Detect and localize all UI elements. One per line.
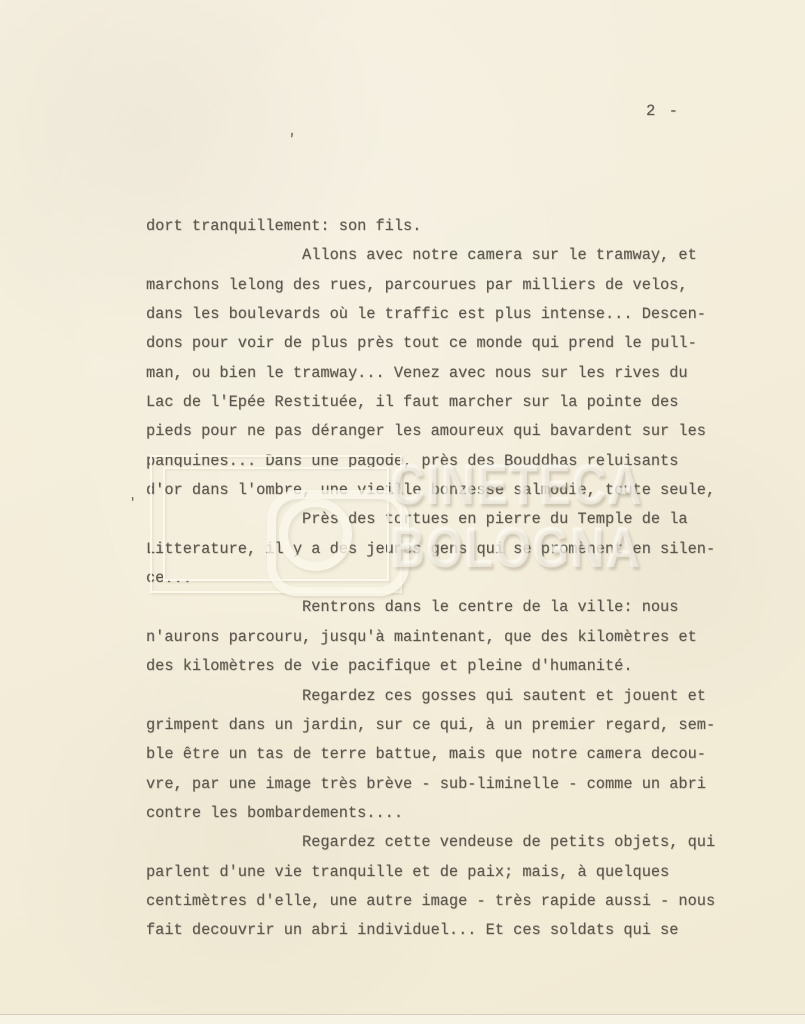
typed-line: contre les bombardements....: [146, 799, 746, 828]
typed-line: man, ou bien le tramway... Venez avec no…: [146, 359, 746, 388]
typed-line: fait decouvrir un abri individuel... Et …: [146, 916, 746, 945]
typed-line: n'aurons parcouru, jusqu'à maintenant, q…: [146, 623, 746, 652]
typed-line: Près des tortues en pierre du Temple de …: [146, 505, 746, 534]
page-number: 2 -: [646, 102, 680, 120]
stray-ink-mark: ': [129, 496, 136, 510]
typed-line: grimpent dans un jardin, sur ce qui, à u…: [146, 711, 746, 740]
scanned-document-page: 2 - ' ' dort tranquillement: son fils. A…: [0, 0, 805, 1024]
typed-line: Regardez ces gosses qui sautent et jouen…: [146, 682, 746, 711]
typed-line: ble être un tas de terre battue, mais qu…: [146, 740, 746, 769]
typed-line: dons pour voir de plus près tout ce mond…: [146, 329, 746, 358]
typed-line: parlent d'une vie tranquille et de paix;…: [146, 858, 746, 887]
typed-line: centimètres d'elle, une autre image - tr…: [146, 887, 746, 916]
typed-line: d'or dans l'ombre, une vieille bonzesse …: [146, 476, 746, 505]
typed-line: dort tranquillement: son fils.: [146, 212, 746, 241]
typewritten-text-block: dort tranquillement: son fils. Allons av…: [146, 212, 746, 946]
typed-line: ce...: [146, 564, 746, 593]
typed-line: vre, par une image très brève - sub-limi…: [146, 770, 746, 799]
typed-line: Regardez cette vendeuse de petits objets…: [146, 828, 746, 857]
typed-line: Lac de l'Epée Restituée, il faut marcher…: [146, 388, 746, 417]
typed-line: Allons avec notre camera sur le tramway,…: [146, 241, 746, 270]
typed-line: marchons lelong des rues, parcourues par…: [146, 271, 746, 300]
typed-line: Rentrons dans le centre de la ville: nou…: [146, 593, 746, 622]
stray-ink-mark: ': [286, 131, 297, 148]
typed-line: des kilomètres de vie pacifique et plein…: [146, 652, 746, 681]
typed-line: dans les boulevards où le traffic est pl…: [146, 300, 746, 329]
typed-line: Litterature, il y a des jeunes gens qui …: [146, 535, 746, 564]
paper-bottom-edge: [0, 1014, 805, 1024]
typed-line: pieds pour ne pas déranger les amoureux …: [146, 417, 746, 446]
typed-line: panquines... Dans une pagode, près des B…: [146, 447, 746, 476]
